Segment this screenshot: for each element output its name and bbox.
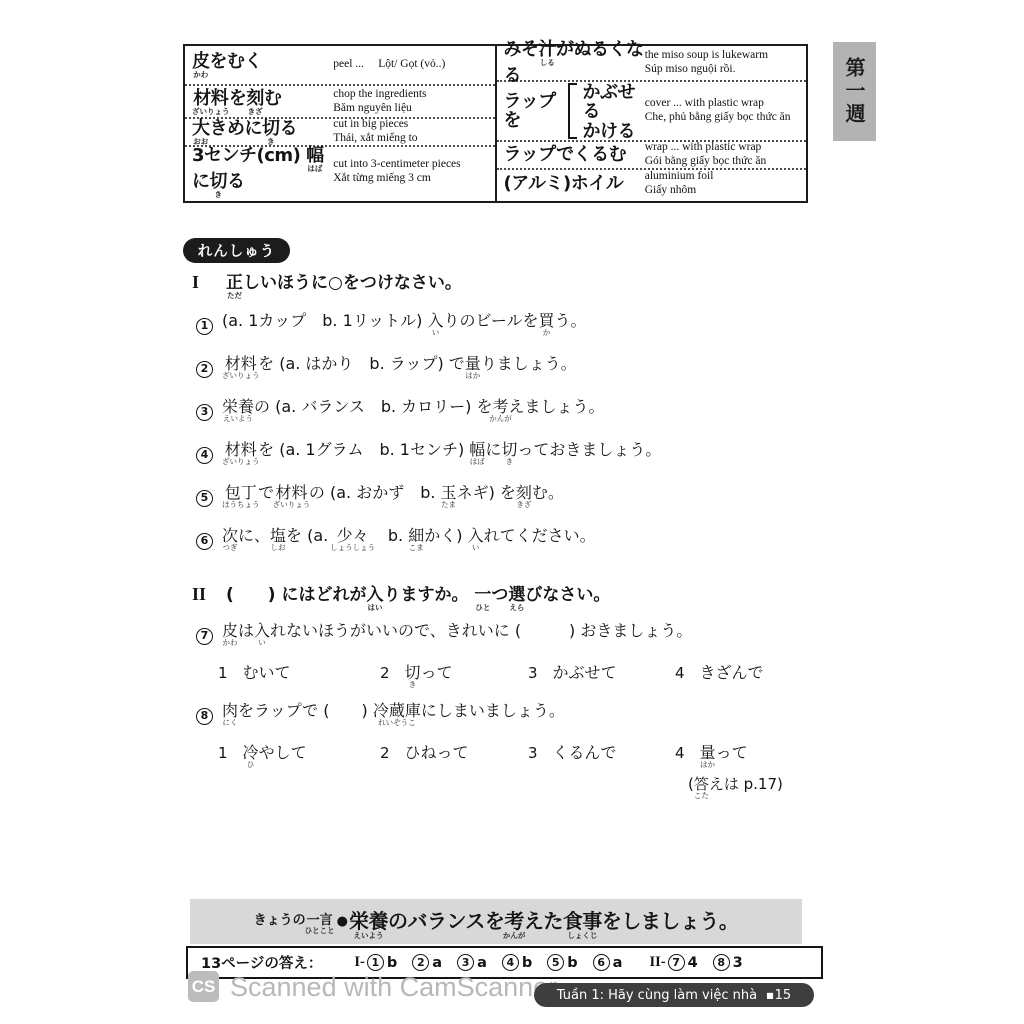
vocab-term-jp: ラップをかぶせるかける — [504, 83, 645, 139]
bracket-icon — [568, 83, 577, 139]
vocab-term-jp: 大おおきめに切きる — [192, 119, 333, 145]
translation-line: cover ... with plastic wrap — [645, 97, 804, 111]
translation-line: cut in big pieces — [333, 118, 492, 132]
circled-number: 6 — [593, 954, 610, 971]
option-number: 1 — [218, 744, 228, 762]
vocab-row: 皮かわをむくpeel ... Lột/ Gọt (vỏ..) — [185, 46, 495, 86]
circled-number: 7 — [668, 954, 685, 971]
camscanner-logo-icon: CS — [188, 971, 219, 1002]
option-number: 2 — [380, 664, 390, 682]
circled-number: 2 — [196, 361, 213, 378]
answer-section-prefix: II- — [649, 954, 665, 971]
vocab-row: 3センチ(cm) 幅はばに切きるcut into 3-centimeter pi… — [185, 147, 495, 197]
exercise-text: 次つぎに、塩しおを (a. 少々しょうしょう b. 細こまかく) 入いれてくださ… — [222, 526, 596, 545]
bullet-icon: ● — [337, 914, 348, 929]
exercise-item: 4材料ざいりょうを (a. 1グラム b. 1センチ) 幅はばに切きっておきまし… — [196, 441, 661, 465]
section1-prompt: 正ただしいほうに○をつけなさい。 — [226, 273, 462, 293]
bracket-prefix: ラップを — [504, 92, 566, 131]
answers-label: 13ページの答え： — [201, 952, 322, 973]
answer-group: 2a — [412, 954, 442, 971]
scanned-textbook-page: 皮かわをむくpeel ... Lột/ Gọt (vỏ..)材料ざいりょうを刻き… — [0, 0, 1024, 1024]
vocab-translation: the miso soup is lukewarmSúp miso nguội … — [645, 49, 804, 76]
exercise-item: 8肉にくをラップで ( ) 冷蔵庫れいぞうこにしまいましょう。 — [196, 702, 565, 726]
vocab-table-left-column: 皮かわをむくpeel ... Lột/ Gọt (vỏ..)材料ざいりょうを刻き… — [185, 46, 497, 201]
exercise-item: 6次つぎに、塩しおを (a. 少々しょうしょう b. 細こまかく) 入いれてくだ… — [196, 527, 596, 551]
translation-line: the miso soup is lukewarm — [645, 49, 804, 63]
answer-value: a — [432, 955, 442, 971]
option-text: むいて — [243, 663, 291, 682]
option-number: 1 — [218, 664, 228, 682]
answer-value: b — [387, 955, 397, 971]
answer-value: 3 — [733, 955, 743, 971]
exercise-text: (a. 1カップ b. 1リットル) 入いりのビールを買かう。 — [222, 311, 587, 330]
bracket-option: かける — [582, 122, 644, 141]
vocab-term-jp: (アルミ)ホイル — [504, 174, 645, 193]
translation-line: wrap ... with plastic wrap — [645, 141, 804, 155]
camscanner-watermark: Scanned with CamScanner — [230, 972, 557, 1003]
circled-number: 5 — [547, 954, 564, 971]
vocab-term-jp: 3センチ(cm) 幅はばに切きる — [192, 146, 333, 198]
option-choice: 4きざんで — [675, 660, 764, 683]
answer-group: 6a — [593, 954, 623, 971]
circled-number: 6 — [196, 533, 213, 550]
answer-page-note: (答こたえは p.17) — [688, 773, 783, 799]
exercise-text: 材料ざいりょうを (a. 1グラム b. 1センチ) 幅はばに切きっておきましょ… — [222, 440, 661, 459]
translation-line: peel ... Lột/ Gọt (vỏ..) — [333, 58, 492, 72]
translation-line: Giấy nhôm — [645, 184, 804, 198]
circled-number: 1 — [367, 954, 384, 971]
answer-value: a — [613, 955, 623, 971]
vocab-translation: cut in big piecesThái, xắt miếng to — [333, 118, 492, 145]
vocab-translation: cut into 3-centimeter piecesXắt từng miế… — [333, 158, 492, 185]
option-number: 2 — [380, 744, 390, 762]
section2-prompt: ( ) にはどれが入はいりますか。 一ひとつ選えらびなさい。 — [226, 585, 610, 605]
answer-group: 83 — [713, 954, 743, 971]
translation-line: aluminium foil — [645, 170, 804, 184]
vocab-translation: cover ... with plastic wrapChe, phủ bằng… — [645, 97, 804, 124]
option-text: 切きって — [405, 663, 453, 682]
option-number: 3 — [528, 744, 538, 762]
answer-group: II-74 — [649, 954, 697, 971]
translation-line: Thái, xắt miếng to — [333, 132, 492, 146]
option-choice: 3かぶせて — [528, 660, 617, 683]
option-choice: 1冷ひやして — [218, 740, 307, 768]
circled-number: 1 — [196, 318, 213, 335]
option-text: きざんで — [700, 663, 764, 682]
circled-number: 4 — [196, 447, 213, 464]
vocab-term-jp: ラップでくるむ — [504, 145, 645, 164]
vocab-translation: chop the ingredientsBăm nguyên liệu — [333, 88, 492, 115]
exercise-text: 材料ざいりょうを (a. はかり b. ラップ) で量はかりましょう。 — [222, 354, 577, 373]
option-text: ひねって — [405, 743, 469, 762]
vocab-row: ラップでくるむwrap ... with plastic wrapGói bằn… — [497, 142, 807, 170]
section2-header: II( ) にはどれが入はいりますか。 一ひとつ選えらびなさい。 — [192, 580, 610, 611]
answer-section-prefix: I- — [354, 954, 364, 971]
circled-number: 4 — [502, 954, 519, 971]
translation-line: cut into 3-centimeter pieces — [333, 158, 492, 172]
translation-line: Gói bằng giấy bọc thức ăn — [645, 155, 804, 169]
circled-number: 3 — [196, 404, 213, 421]
vocab-term-jp: 材料ざいりょうを刻きざむ — [192, 89, 333, 115]
answer-group: I-1b — [354, 954, 397, 971]
answer-value: b — [522, 955, 532, 971]
vocab-row: (アルミ)ホイルaluminium foilGiấy nhôm — [497, 170, 807, 197]
practice-badge: れんしゅう — [183, 238, 290, 263]
exercise-text: 包丁ほうちょうで材料ざいりょうの (a. おかず b. 玉たまネギ) を刻きざむ… — [222, 483, 564, 502]
answer-value: b — [567, 955, 577, 971]
exercise-text: 肉にくをラップで ( ) 冷蔵庫れいぞうこにしまいましょう。 — [222, 701, 565, 720]
circled-number: 3 — [457, 954, 474, 971]
option-choice: 2ひねって — [380, 740, 469, 763]
week-footer-bar: Tuần 1: Hãy cùng làm việc nhà ■ 15 — [534, 983, 814, 1007]
answer-group: 3a — [457, 954, 487, 971]
option-choice: 2切きって — [380, 660, 453, 688]
option-choice: 3くるんで — [528, 740, 617, 763]
vocab-row: みそ汁しるがぬるくなるthe miso soup is lukewarmSúp … — [497, 46, 807, 82]
quote-label: きょうの一言ひとこと — [254, 909, 335, 934]
exercise-text: 皮かわは入いれないほうがいいので、きれいに ( ) おきましょう。 — [222, 621, 692, 640]
answers-groups: I-1b2a3a4b5b6aII-7483 — [342, 954, 757, 971]
translation-line: Xắt từng miếng 3 cm — [333, 172, 492, 186]
option-number: 4 — [675, 664, 685, 682]
section1-numeral: I — [192, 272, 226, 293]
week-footer-title: Tuần 1: Hãy cùng làm việc nhà — [557, 988, 757, 1003]
vocab-translation: aluminium foilGiấy nhôm — [645, 170, 804, 197]
circled-number: 8 — [196, 708, 213, 725]
exercise-item: 1(a. 1カップ b. 1リットル) 入いりのビールを買かう。 — [196, 312, 587, 336]
vocab-table: 皮かわをむくpeel ... Lột/ Gọt (vỏ..)材料ざいりょうを刻き… — [183, 44, 808, 203]
answer-group: 4b — [502, 954, 532, 971]
exercise-text: 栄養えいようの (a. バランス b. カロリー) を考かんがえましょう。 — [222, 397, 605, 416]
option-choice: 1むいて — [218, 660, 291, 683]
option-text: かぶせて — [553, 663, 617, 682]
answer-value: a — [477, 955, 487, 971]
section2-numeral: II — [192, 584, 226, 605]
circled-number: 7 — [196, 628, 213, 645]
vocab-table-right-column: みそ汁しるがぬるくなるthe miso soup is lukewarmSúp … — [497, 46, 807, 201]
circled-number: 5 — [196, 490, 213, 507]
exercise-item: 5包丁ほうちょうで材料ざいりょうの (a. おかず b. 玉たまネギ) を刻きざ… — [196, 484, 564, 508]
exercise-item: 7皮かわは入いれないほうがいいので、きれいに ( ) おきましょう。 — [196, 622, 692, 646]
section1-header: I正ただしいほうに○をつけなさい。 — [192, 268, 462, 299]
vocab-row: 材料ざいりょうを刻きざむchop the ingredientsBăm nguy… — [185, 86, 495, 119]
option-number: 4 — [675, 744, 685, 762]
option-text: 量はかって — [700, 743, 748, 762]
week-side-tab: 第一週 — [833, 42, 876, 141]
bracket-options: かぶせるかける — [582, 83, 644, 139]
exercise-item: 2材料ざいりょうを (a. はかり b. ラップ) で量はかりましょう。 — [196, 355, 577, 379]
quote-text: 栄養えいようのバランスを考かんがえた食事しょくじをしましょう。 — [349, 905, 738, 939]
translation-line: Súp miso nguội rồi. — [645, 63, 804, 77]
circled-number: 8 — [713, 954, 730, 971]
vocab-term-jp: みそ汁しるがぬるくなる — [504, 40, 645, 85]
option-text: 冷ひやして — [243, 743, 307, 762]
vocab-translation: peel ... Lột/ Gọt (vỏ..) — [333, 58, 492, 72]
page-number: ■ 15 — [766, 988, 791, 1003]
vocab-row: 大おおきめに切きるcut in big piecesThái, xắt miến… — [185, 119, 495, 147]
translation-line: chop the ingredients — [333, 88, 492, 102]
vocab-term-jp: 皮かわをむく — [192, 52, 333, 78]
option-choice: 4量はかって — [675, 740, 748, 768]
bracket-term: ラップをかぶせるかける — [504, 83, 645, 139]
page-marker-icon: ■ — [766, 991, 774, 1000]
vocab-translation: wrap ... with plastic wrapGói bằng giấy … — [645, 141, 804, 168]
answer-value: 4 — [688, 955, 698, 971]
translation-line: Băm nguyên liệu — [333, 102, 492, 116]
answer-group: 5b — [547, 954, 577, 971]
circled-number: 2 — [412, 954, 429, 971]
option-text: くるんで — [553, 743, 617, 762]
exercise-item: 3栄養えいようの (a. バランス b. カロリー) を考かんがえましょう。 — [196, 398, 605, 422]
option-number: 3 — [528, 664, 538, 682]
daily-quote-bar: きょうの一言ひとこと ● 栄養えいようのバランスを考かんがえた食事しょくじをしま… — [190, 899, 802, 944]
bracket-option: かぶせる — [582, 83, 644, 122]
translation-line: Che, phủ bằng giấy bọc thức ăn — [645, 111, 804, 125]
vocab-row: ラップをかぶせるかけるcover ... with plastic wrapCh… — [497, 82, 807, 142]
